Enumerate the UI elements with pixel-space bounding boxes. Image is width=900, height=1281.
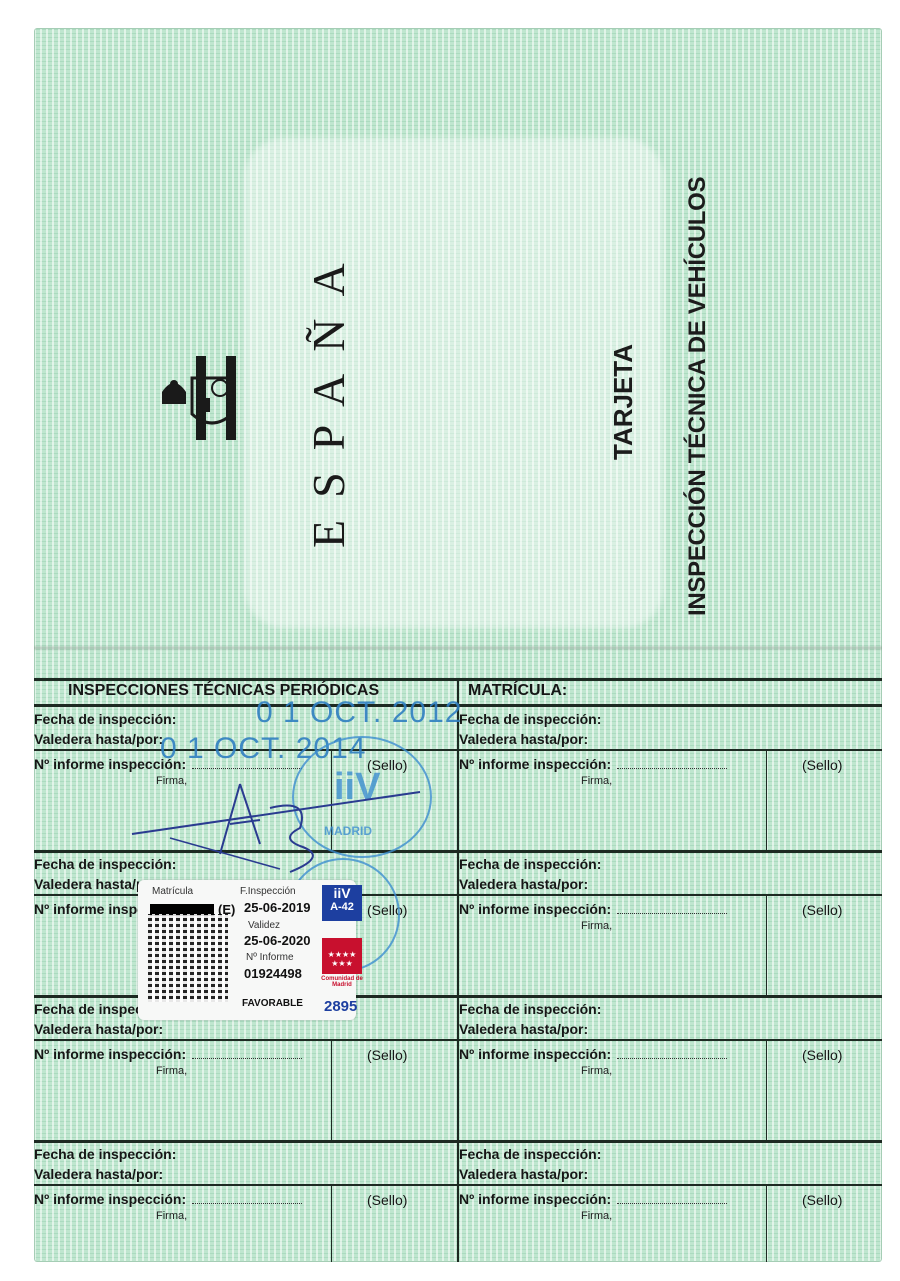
qr-code bbox=[148, 914, 228, 1002]
label-firma: Firma, bbox=[581, 920, 612, 932]
card-subtitle: INSPECCIÓN TÉCNICA DE VEHÍCULOS bbox=[684, 177, 712, 616]
block-divider bbox=[459, 1184, 882, 1186]
block-divider bbox=[34, 1184, 457, 1186]
sello-divider bbox=[766, 749, 767, 852]
label-fecha: Fecha de inspección: bbox=[34, 711, 176, 727]
label-valedera: Valedera hasta/por: bbox=[459, 1166, 588, 1182]
label-valedera: Valedera hasta/por: bbox=[459, 731, 588, 747]
label-firma: Firma, bbox=[156, 1065, 187, 1077]
label-firma: Firma, bbox=[581, 1210, 612, 1222]
label-firma: Firma, bbox=[581, 1065, 612, 1077]
itv-logo-icon: iiV A-42 bbox=[322, 885, 362, 921]
sello-divider bbox=[766, 1039, 767, 1142]
block-bottom-rule bbox=[459, 850, 882, 853]
label-firma: Firma, bbox=[156, 1210, 187, 1222]
label-sello: (Sello) bbox=[367, 1047, 407, 1063]
sello-divider bbox=[331, 1184, 332, 1262]
label-sello: (Sello) bbox=[802, 757, 842, 773]
block-bottom-rule bbox=[459, 995, 882, 998]
comunidad-madrid-flag-icon: ★★★★★★★ bbox=[322, 938, 362, 974]
block-bottom-rule bbox=[34, 1140, 457, 1143]
label-informe: Nº informe inspección: bbox=[459, 1046, 727, 1062]
block-divider bbox=[34, 1039, 457, 1041]
block-divider bbox=[459, 1039, 882, 1041]
itv-sticker: Matrícula (E) F.Inspección 25-06-2019 Va… bbox=[138, 880, 356, 1020]
sello-divider bbox=[766, 894, 767, 997]
label-sello: (Sello) bbox=[802, 902, 842, 918]
card-title: TARJETA bbox=[608, 344, 639, 460]
label-informe: Nº informe inspección: bbox=[459, 756, 727, 772]
block-divider bbox=[459, 894, 882, 896]
label-fecha: Fecha de inspección: bbox=[459, 711, 601, 727]
country-title: ESPAÑA bbox=[302, 241, 355, 548]
label-valedera: Valedera hasta/por: bbox=[34, 1021, 163, 1037]
label-fecha: Fecha de inspección: bbox=[459, 1146, 601, 1162]
label-sello: (Sello) bbox=[802, 1192, 842, 1208]
label-valedera: Valedera hasta/por: bbox=[34, 1166, 163, 1182]
stamp-date-2012: 0 1 OCT. 2012 bbox=[256, 696, 462, 730]
spain-coat-of-arms-icon bbox=[156, 348, 246, 448]
label-informe: Nº informe inspección: bbox=[34, 1191, 302, 1207]
label-valedera: Valedera hasta/por: bbox=[34, 731, 163, 747]
label-valedera: Valedera hasta/por: bbox=[459, 876, 588, 892]
block-bottom-rule bbox=[459, 1140, 882, 1143]
label-sello: (Sello) bbox=[802, 1047, 842, 1063]
label-informe: Nº informe inspección: bbox=[34, 1046, 302, 1062]
label-valedera: Valedera hasta/por: bbox=[459, 1021, 588, 1037]
label-fecha: Fecha de inspección: bbox=[34, 1146, 176, 1162]
fold-crease bbox=[34, 645, 882, 651]
sticker-number: 2895 bbox=[324, 998, 357, 1015]
label-fecha: Fecha de inspección: bbox=[459, 856, 601, 872]
itv-card: ESPAÑA TARJETA INSPECCIÓN TÉCNICA DE VEH… bbox=[34, 28, 882, 1262]
label-firma: Firma, bbox=[581, 775, 612, 787]
label-informe: Nº informe inspección: bbox=[459, 901, 727, 917]
sello-divider bbox=[766, 1184, 767, 1262]
signature bbox=[130, 764, 430, 874]
block-divider bbox=[459, 749, 882, 751]
sello-divider bbox=[331, 1039, 332, 1142]
label-sello: (Sello) bbox=[367, 1192, 407, 1208]
label-fecha: Fecha de inspección: bbox=[459, 1001, 601, 1017]
label-informe: Nº informe inspección: bbox=[459, 1191, 727, 1207]
right-header: MATRÍCULA: bbox=[468, 682, 567, 700]
